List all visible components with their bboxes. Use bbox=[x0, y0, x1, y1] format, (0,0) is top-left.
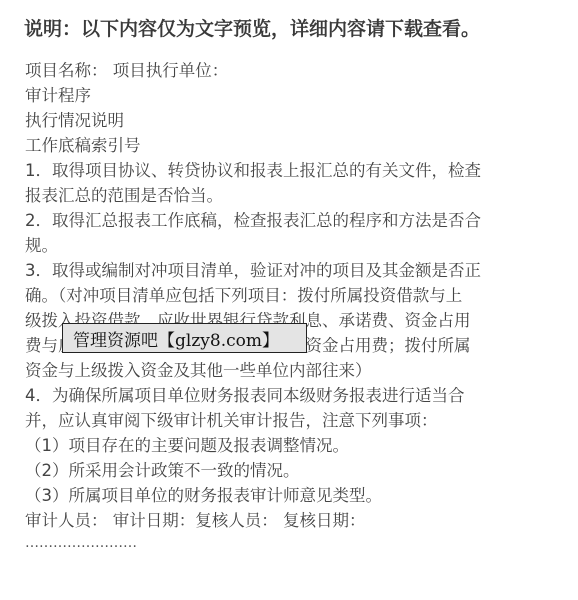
step-1-line-1: 1．取得项目协议、转贷协议和报表上报汇总的有关文件，检查 bbox=[25, 158, 565, 183]
step-3-line-2: 确。（对冲项目清单应包括下列项目：拨付所属投资借款与上 bbox=[25, 283, 565, 308]
step-4-line-2: 并，应认真审阅下级审计机关审计报告，注意下列事项： bbox=[25, 408, 565, 433]
document-body: 项目名称： 项目执行单位： 审计程序 执行情况说明 工作底稿索引号 1．取得项目… bbox=[25, 58, 565, 553]
step-4-item-1: （1）项目存在的主要问题及报表调整情况。 bbox=[25, 433, 565, 458]
section-workpaper-index: 工作底稿索引号 bbox=[25, 133, 565, 158]
section-audit-procedure: 审计程序 bbox=[25, 83, 565, 108]
signoff-line: 审计人员： 审计日期：复核人员： 复核日期： bbox=[25, 508, 565, 533]
preview-notice: 说明：以下内容仅为文字预览，详细内容请下载查看。 bbox=[24, 14, 480, 41]
step-2-line-1: 2．取得汇总报表工作底稿，检查报表汇总的程序和方法是否合 bbox=[25, 208, 565, 233]
step-4-item-3: （3）所属项目单位的财务报表审计师意见类型。 bbox=[25, 483, 565, 508]
step-1-line-2: 报表汇总的范围是否恰当。 bbox=[25, 183, 565, 208]
truncation-ellipsis: …………………… bbox=[25, 533, 565, 553]
project-info-line: 项目名称： 项目执行单位： bbox=[25, 58, 565, 83]
step-3-line-1: 3．取得或编制对冲项目清单，验证对冲的项目及其金额是否正 bbox=[25, 258, 565, 283]
section-execution-notes: 执行情况说明 bbox=[25, 108, 565, 133]
step-4-item-2: （2）所采用会计政策不一致的情况。 bbox=[25, 458, 565, 483]
step-2-line-2: 规。 bbox=[25, 233, 565, 258]
watermark-banner: 管理资源吧【glzy8.com】 bbox=[62, 323, 307, 353]
step-3-line-5: 资金与上级拨入资金及其他一些单位内部往来） bbox=[25, 358, 565, 383]
step-4-line-1: 4．为确保所属项目单位财务报表同本级财务报表进行适当合 bbox=[25, 383, 565, 408]
